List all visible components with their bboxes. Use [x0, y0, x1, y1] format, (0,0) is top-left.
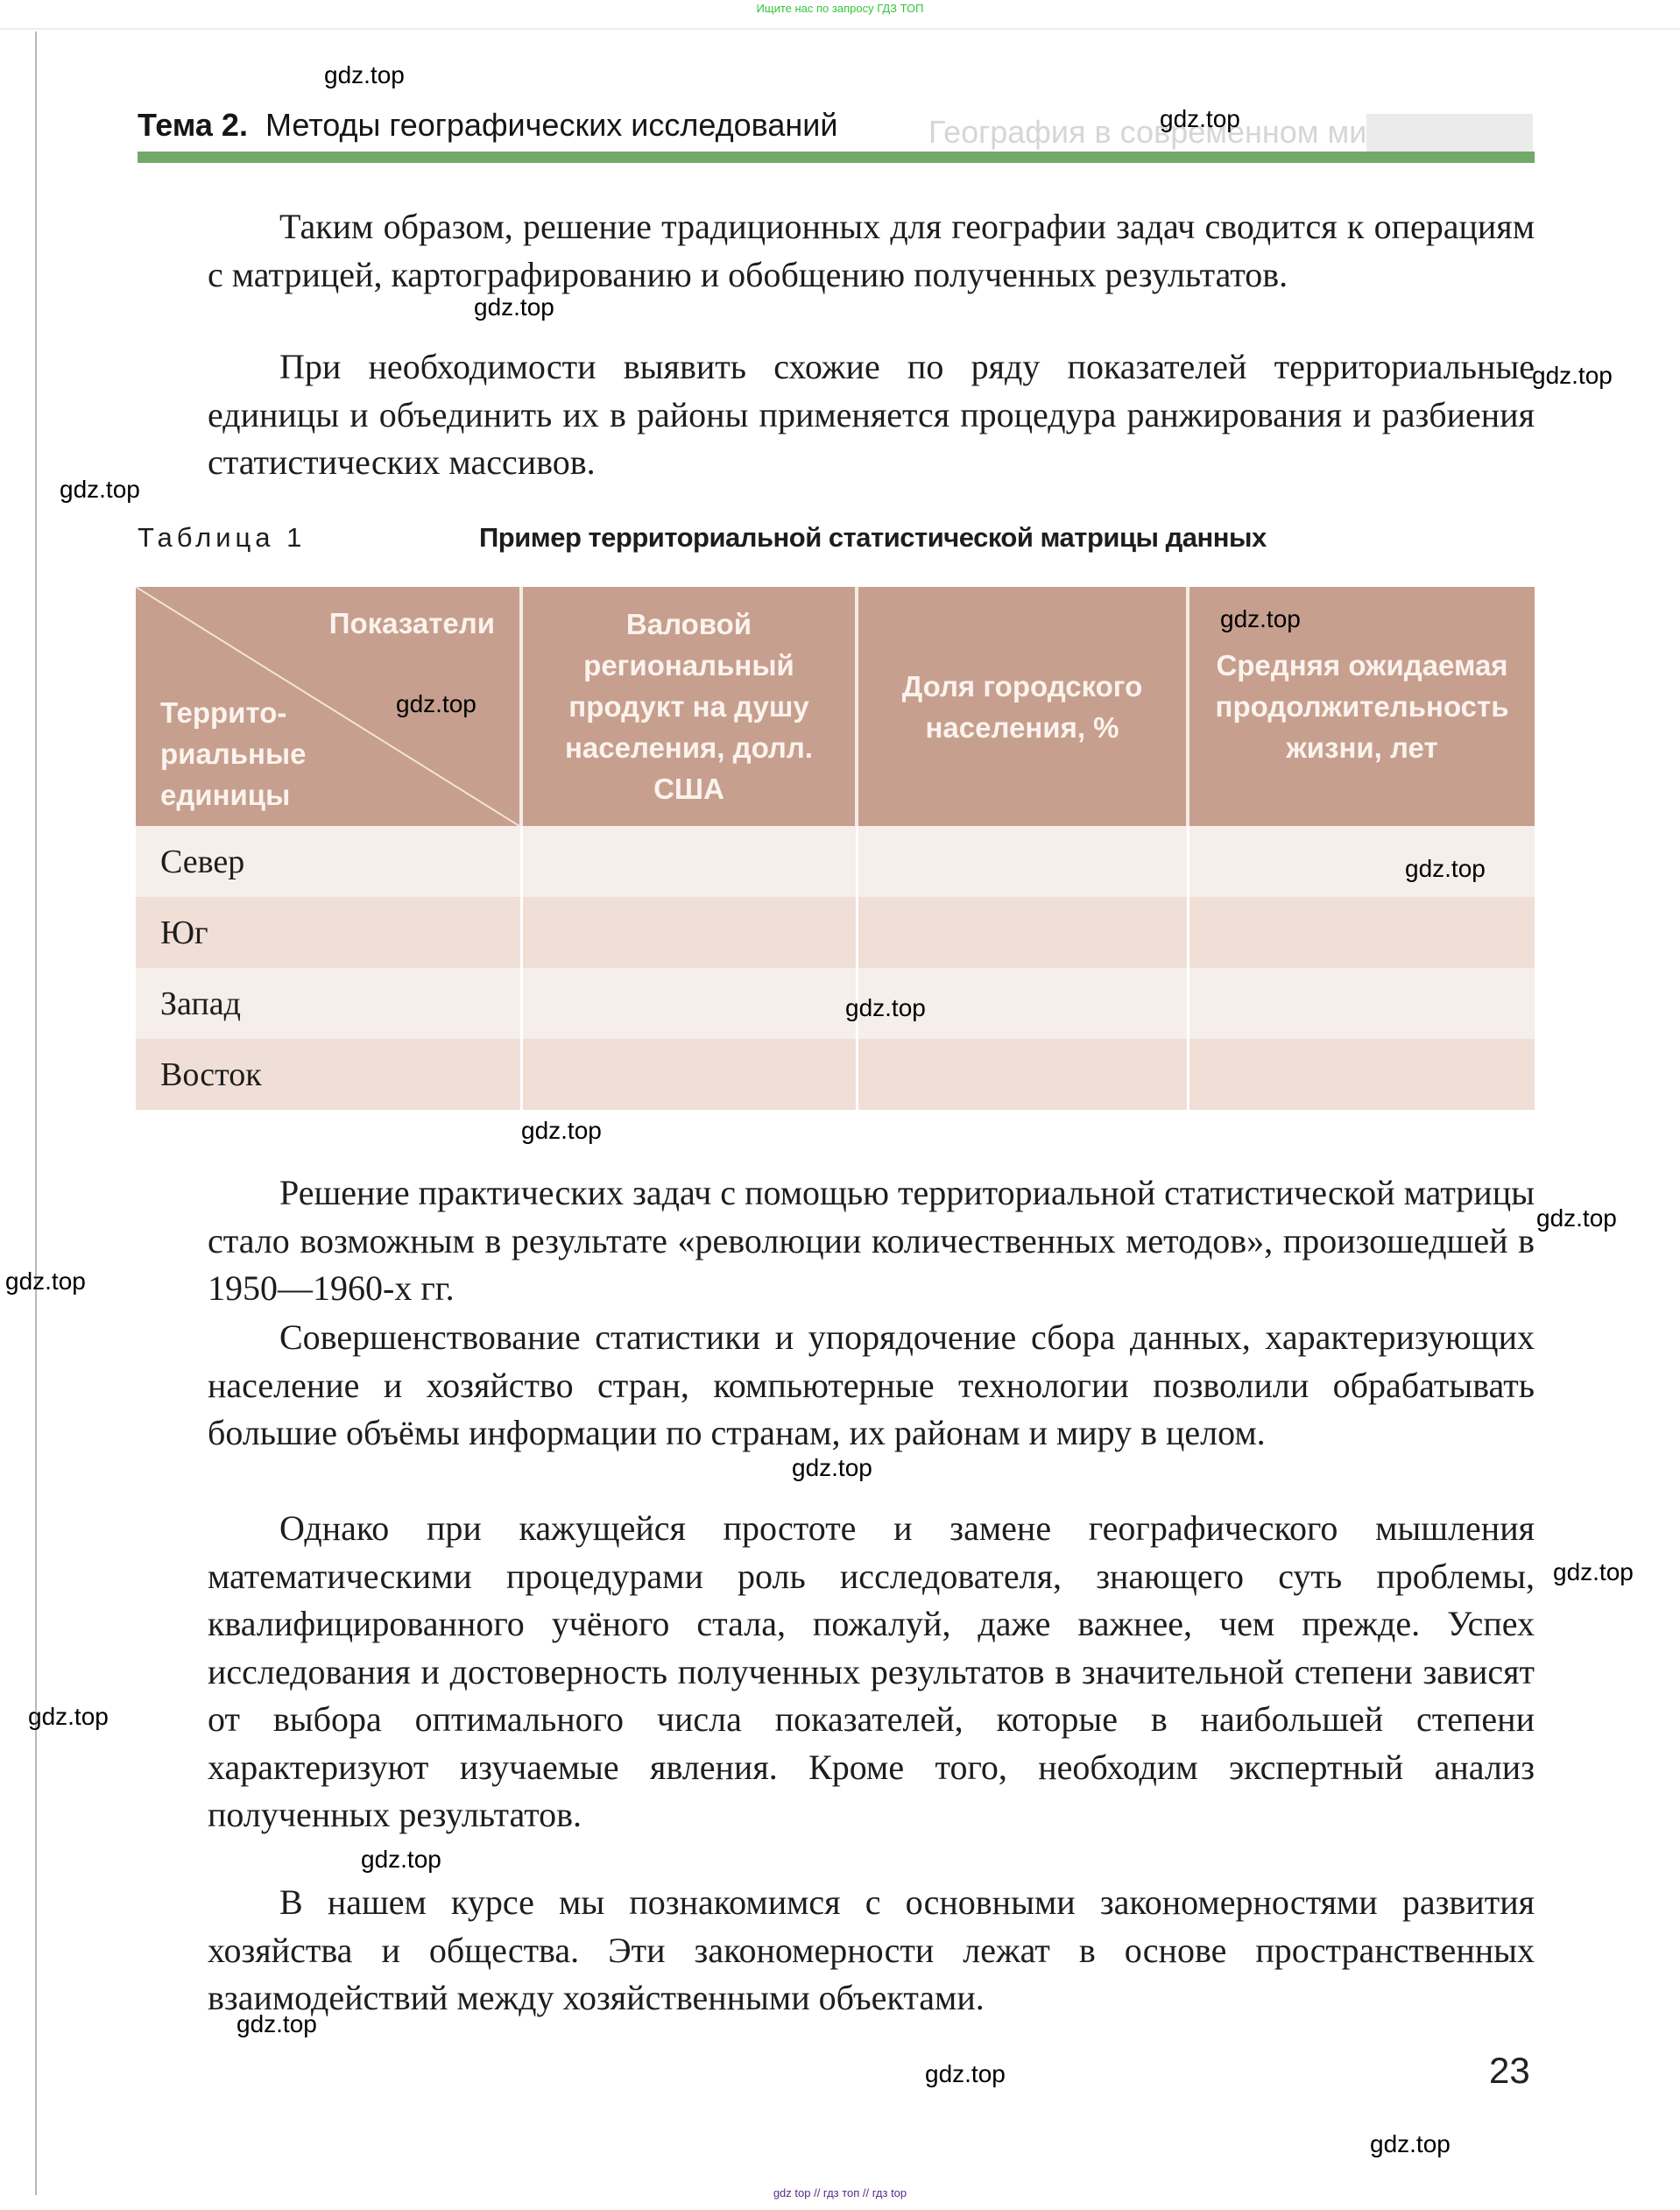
column-header: Доля городского населения, %: [857, 587, 1188, 826]
watermark: gdz.top: [1220, 605, 1301, 633]
row-label: Север: [136, 826, 521, 897]
watermark: gdz.top: [1532, 362, 1613, 390]
topic-label: Тема 2.: [138, 107, 248, 143]
page-binding-edge: [35, 32, 37, 2195]
table-row: Юг: [136, 897, 1535, 968]
table-cell: [857, 826, 1188, 897]
watermark: gdz.top: [396, 690, 476, 718]
table-label: Таблица 1: [138, 522, 306, 553]
table-cell: [1188, 1039, 1535, 1110]
watermark: gdz.top: [28, 1703, 109, 1731]
table-cell: [857, 1039, 1188, 1110]
table-cell: [1188, 968, 1535, 1039]
page-number: 23: [1489, 2050, 1530, 2092]
watermark: gdz.top: [474, 293, 554, 321]
heading-rule: [138, 152, 1535, 163]
paragraph: В нашем курсе мы познакомимся с основным…: [208, 1879, 1535, 2023]
row-label: Запад: [136, 968, 521, 1039]
paragraph: Решение практических задач с помощью тер…: [208, 1169, 1535, 1313]
watermark: gdz.top: [1160, 105, 1240, 133]
watermark: gdz.top: [361, 1846, 441, 1874]
table-caption: Таблица 1 Пример территориальной статист…: [138, 522, 1535, 554]
watermark: gdz.top: [1405, 855, 1486, 883]
footer-links[interactable]: gdz top // гдз топ // гдз top: [0, 2186, 1680, 2199]
chapter-heading: Тема 2. Методы географических исследован…: [138, 107, 838, 144]
statistical-matrix-table: Показатели Террито-риальныеединицы Валов…: [136, 587, 1535, 1110]
table-cell: [521, 968, 857, 1039]
row-label: Восток: [136, 1039, 521, 1110]
corner-bottom-label: Террито-риальныеединицы: [160, 692, 335, 816]
watermark: gdz.top: [1553, 1558, 1634, 1586]
table-cell: [521, 1039, 857, 1110]
watermark: gdz.top: [521, 1117, 602, 1145]
watermark: gdz.top: [1536, 1204, 1617, 1232]
watermark: gdz.top: [1370, 2130, 1451, 2158]
table-row: Запад: [136, 968, 1535, 1039]
bleed-through-box: [1366, 114, 1533, 152]
page-top-edge: [0, 28, 1680, 30]
search-banner[interactable]: Ищите нас по запросу ГДЗ ТОП: [0, 2, 1680, 15]
row-label: Юг: [136, 897, 521, 968]
table-row: Восток: [136, 1039, 1535, 1110]
watermark: gdz.top: [236, 2010, 317, 2038]
table-cell: [857, 897, 1188, 968]
watermark: gdz.top: [845, 994, 926, 1022]
watermark: gdz.top: [60, 476, 140, 504]
topic-title: Методы географических исследований: [265, 107, 838, 143]
watermark: gdz.top: [792, 1454, 872, 1482]
table-cell: [521, 826, 857, 897]
table-cell: [1188, 897, 1535, 968]
watermark: gdz.top: [5, 1267, 86, 1296]
table-row: Север: [136, 826, 1535, 897]
watermark: gdz.top: [925, 2060, 1006, 2088]
paragraph: Таким образом, решение традиционных для …: [208, 203, 1535, 299]
table-title: Пример территориальной статистической ма…: [479, 522, 1267, 554]
paragraph: При необходимости выявить схожие по ряду…: [208, 343, 1535, 487]
paragraph: Совершенствование статистики и упорядоче…: [208, 1314, 1535, 1458]
table-header-row: Показатели Террито-риальныеединицы Валов…: [136, 587, 1535, 826]
corner-top-label: Показатели: [329, 603, 495, 644]
table-cell: [521, 897, 857, 968]
column-header: Валовой региональный продукт на душу нас…: [521, 587, 857, 826]
paragraph: Однако при кажущейся простоте и замене г…: [208, 1505, 1535, 1839]
watermark: gdz.top: [324, 61, 405, 89]
